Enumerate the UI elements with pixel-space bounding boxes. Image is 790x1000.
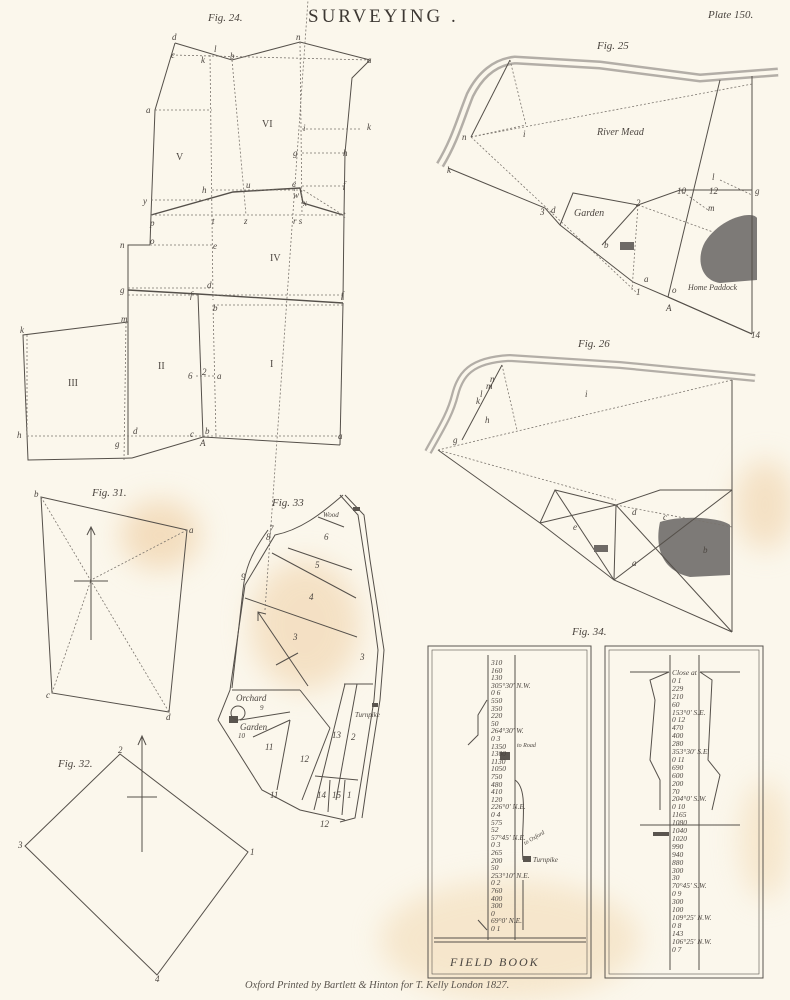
svg-text:11: 11 [265,742,273,752]
svg-text:b: b [34,489,39,499]
svg-text:d: d [207,280,212,290]
svg-text:d: d [166,712,171,722]
house-icon [594,545,608,552]
svg-text:o: o [672,285,677,295]
svg-text:9: 9 [260,704,264,712]
svg-text:10: 10 [238,732,246,740]
turnpike-label: Turnpike [355,711,380,719]
svg-text:g: g [755,186,760,196]
svg-text:e: e [213,241,217,251]
svg-text:g: g [453,435,458,445]
svg-text:b: b [230,51,235,61]
river-mead-label: River Mead [596,127,645,138]
house-icon [620,242,634,250]
svg-text:o: o [150,236,155,246]
svg-text:c: c [46,690,50,700]
to-oxford-label: to Oxford [523,829,547,847]
orchard-label: Orchard [236,693,267,703]
svg-text:1: 1 [636,287,641,297]
svg-text:z: z [243,216,248,226]
svg-text:h: h [343,148,348,158]
svg-text:4: 4 [309,592,314,602]
fig24-section-V: V [176,152,184,163]
fig34-field-book: to Road Turnpike to Oxford [428,646,763,978]
svg-text:f: f [341,290,345,300]
svg-text:d: d [172,32,177,42]
svg-text:a: a [367,55,372,65]
svg-text:g: g [115,439,120,449]
svg-text:9: 9 [241,572,246,582]
svg-text:y: y [142,196,147,206]
svg-text:u: u [246,180,251,190]
svg-text:h: h [202,185,207,195]
svg-text:k: k [20,325,25,335]
fig32-diagram: 2 1 3 4 [17,736,255,984]
svg-text:i: i [523,129,526,139]
svg-text:c: c [171,50,175,60]
fig24-section-II: II [158,361,165,372]
svg-text:p: p [149,218,155,228]
svg-text:m: m [708,203,715,213]
svg-text:l: l [480,389,483,399]
svg-text:a: a [217,371,222,381]
home-paddock-label: Home Paddock [687,283,738,292]
fig31-diagram: b a c d [34,489,194,722]
svg-text:3: 3 [359,652,365,662]
fig33-diagram: Wood Orchard 9 Garden 10 Turnpike 6 5 4 … [218,0,384,829]
home-paddock-pond [700,215,757,283]
svg-text:r s: r s [293,216,303,226]
svg-text:2: 2 [351,732,356,742]
svg-text:14: 14 [751,330,761,340]
svg-text:k: k [447,165,452,175]
svg-text:e: e [573,522,577,532]
svg-text:8: 8 [266,532,271,542]
field-book-entry: 0 7 [672,945,681,954]
svg-text:3: 3 [539,207,545,217]
svg-text:3: 3 [292,632,298,642]
svg-text:14: 14 [317,790,327,800]
svg-text:5: 5 [315,560,320,570]
svg-text:e: e [292,179,296,189]
svg-text:2: 2 [202,367,207,377]
svg-text:t: t [212,216,215,226]
fig25-diagram: River Mead Garden Home Paddock n k i l g… [440,60,778,340]
svg-text:1: 1 [347,790,352,800]
svg-text:a: a [338,431,343,441]
svg-text:2: 2 [118,745,123,755]
garden-label: Garden [240,722,268,732]
svg-text:1: 1 [250,847,255,857]
svg-text:k: k [367,122,372,132]
svg-text:x: x [302,198,307,208]
svg-text:k: k [201,55,206,65]
svg-text:A: A [665,303,672,313]
fig24-section-I: I [270,359,273,370]
svg-text:12: 12 [709,186,719,196]
svg-text:i: i [585,389,588,399]
turnpike-label: Turnpike [533,856,558,864]
svg-text:d: d [133,426,138,436]
garden-label: Garden [574,208,604,219]
fig24-section-VI: VI [262,119,273,130]
field-book-entry: 0 1 [491,924,500,933]
svg-text:b: b [205,426,210,436]
svg-text:3: 3 [17,840,23,850]
pond [658,518,730,577]
field-book-title: FIELD BOOK [450,955,540,970]
fig24-section-III: III [68,378,78,389]
svg-text:i: i [303,123,306,133]
svg-text:h: h [17,430,22,440]
svg-text:d: d [551,205,556,215]
svg-text:A: A [199,438,206,448]
svg-text:a: a [146,105,151,115]
svg-text:12: 12 [320,819,330,829]
svg-text:15: 15 [332,790,342,800]
svg-text:n: n [490,374,495,384]
svg-text:c: c [190,429,194,439]
svg-text:m: m [121,314,128,324]
svg-text:t: t [343,210,346,220]
svg-text:l: l [712,172,715,182]
svg-text:b: b [604,240,609,250]
wood-label: Wood [323,511,339,519]
svg-text:a: a [644,274,649,284]
svg-text:b: b [703,545,708,555]
svg-text:l: l [214,44,217,54]
svg-text:n: n [296,32,301,42]
imprint: Oxford Printed by Bartlett & Hinton for … [245,980,509,991]
svg-text:n: n [120,240,125,250]
fig26-diagram: i h g k l m n a b c d e [428,358,755,632]
svg-text:13: 13 [332,730,342,740]
svg-text:12: 12 [300,754,310,764]
svg-text:10: 10 [677,186,687,196]
svg-text:b: b [213,303,218,313]
svg-text:d: d [632,507,637,517]
svg-text:11: 11 [270,790,278,800]
svg-text:h: h [485,415,490,425]
svg-text:g: g [120,285,125,295]
fig24-diagram: V VI IV II I III d c k l b n a a k h g i… [17,32,372,460]
svg-text:2: 2 [636,198,641,208]
svg-text:c: c [663,512,667,522]
svg-text:6: 6 [324,532,329,542]
svg-text:a: a [632,558,637,568]
svg-text:a: a [189,525,194,535]
svg-text:f: f [343,180,347,190]
svg-text:6: 6 [188,371,193,381]
svg-text:4: 4 [155,974,160,984]
fig24-section-IV: IV [270,253,281,264]
svg-text:n: n [462,132,467,142]
to-road-label: to Road [517,743,537,749]
